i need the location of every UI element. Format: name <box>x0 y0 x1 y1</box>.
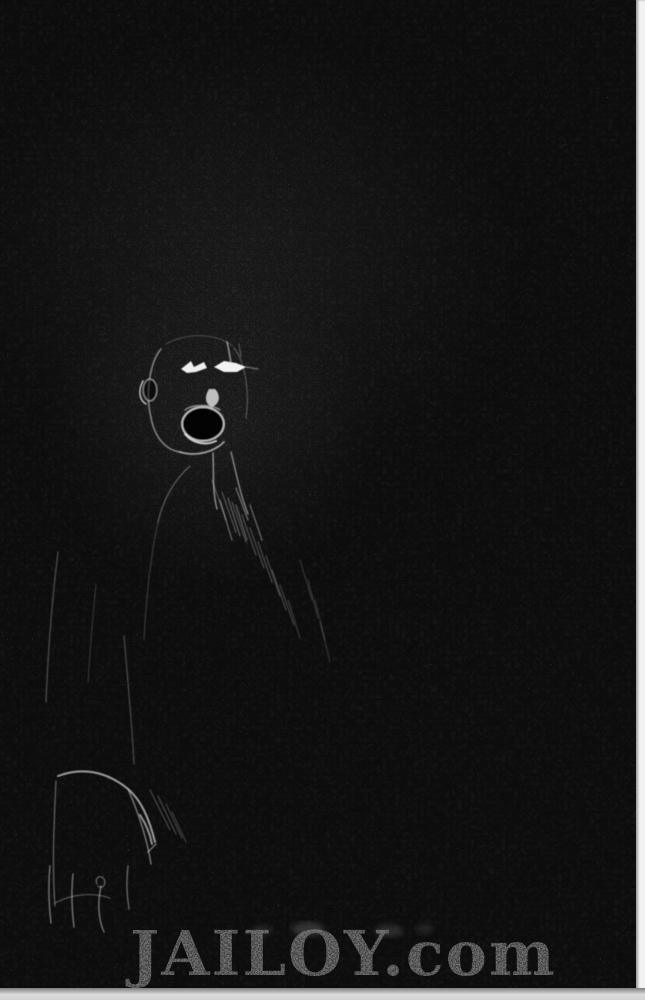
page-edge-bottom <box>0 988 645 1000</box>
dark-print-noise <box>0 0 645 1000</box>
page-edge-right <box>636 0 645 1000</box>
ghostly-figure-illustration <box>0 0 645 1000</box>
scanned-manga-page: JAILOY.com <box>0 0 645 1000</box>
open-mouth <box>182 407 224 441</box>
